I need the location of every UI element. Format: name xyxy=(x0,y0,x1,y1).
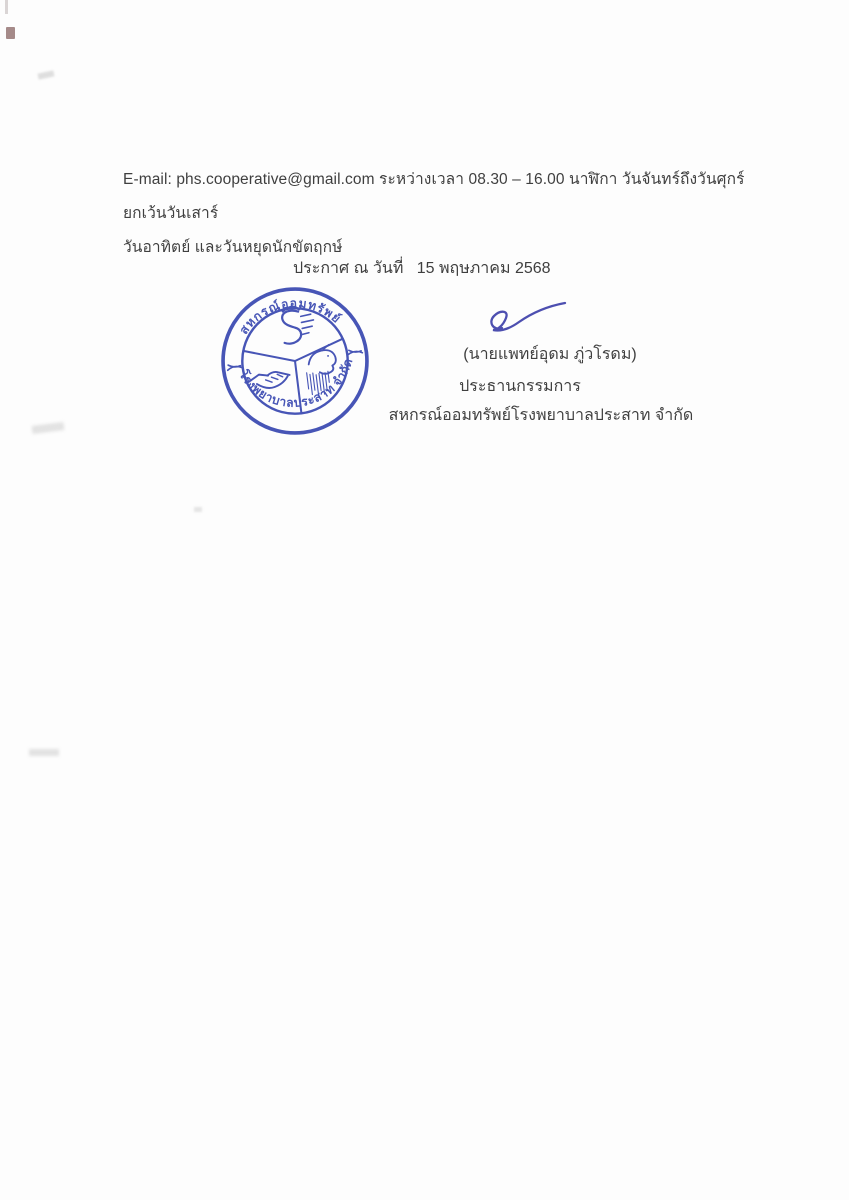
contact-line-1: E-mail: phs.cooperative@gmail.com ระหว่า… xyxy=(123,163,783,231)
signatory-name: (นายแพทย์อุดม ภู่วโรดม) xyxy=(463,342,636,367)
signature-ink xyxy=(479,297,571,341)
announcement-date-line: ประกาศ ณ วันที่ 15 พฤษภาคม 2568 xyxy=(293,256,551,281)
scan-smudge xyxy=(32,422,65,434)
cooperative-seal-stamp: สหกรณ์ออมทรัพย์ โรงพยาบาลประสาท จำกัด xyxy=(219,285,371,437)
scan-smudge xyxy=(29,749,59,756)
scan-artifact-streak xyxy=(5,0,8,14)
signature-stroke xyxy=(491,303,565,330)
scan-smudge xyxy=(194,507,202,512)
scan-smudge xyxy=(38,70,55,79)
scan-artifact-mark xyxy=(6,27,15,39)
signatory-organization: สหกรณ์ออมทรัพย์โรงพยาบาลประสาท จำกัด xyxy=(389,403,694,428)
contact-info-text: E-mail: phs.cooperative@gmail.com ระหว่า… xyxy=(123,163,783,265)
scanned-document-page: E-mail: phs.cooperative@gmail.com ระหว่า… xyxy=(0,0,849,1200)
signatory-title: ประธานกรรมการ xyxy=(459,374,581,399)
